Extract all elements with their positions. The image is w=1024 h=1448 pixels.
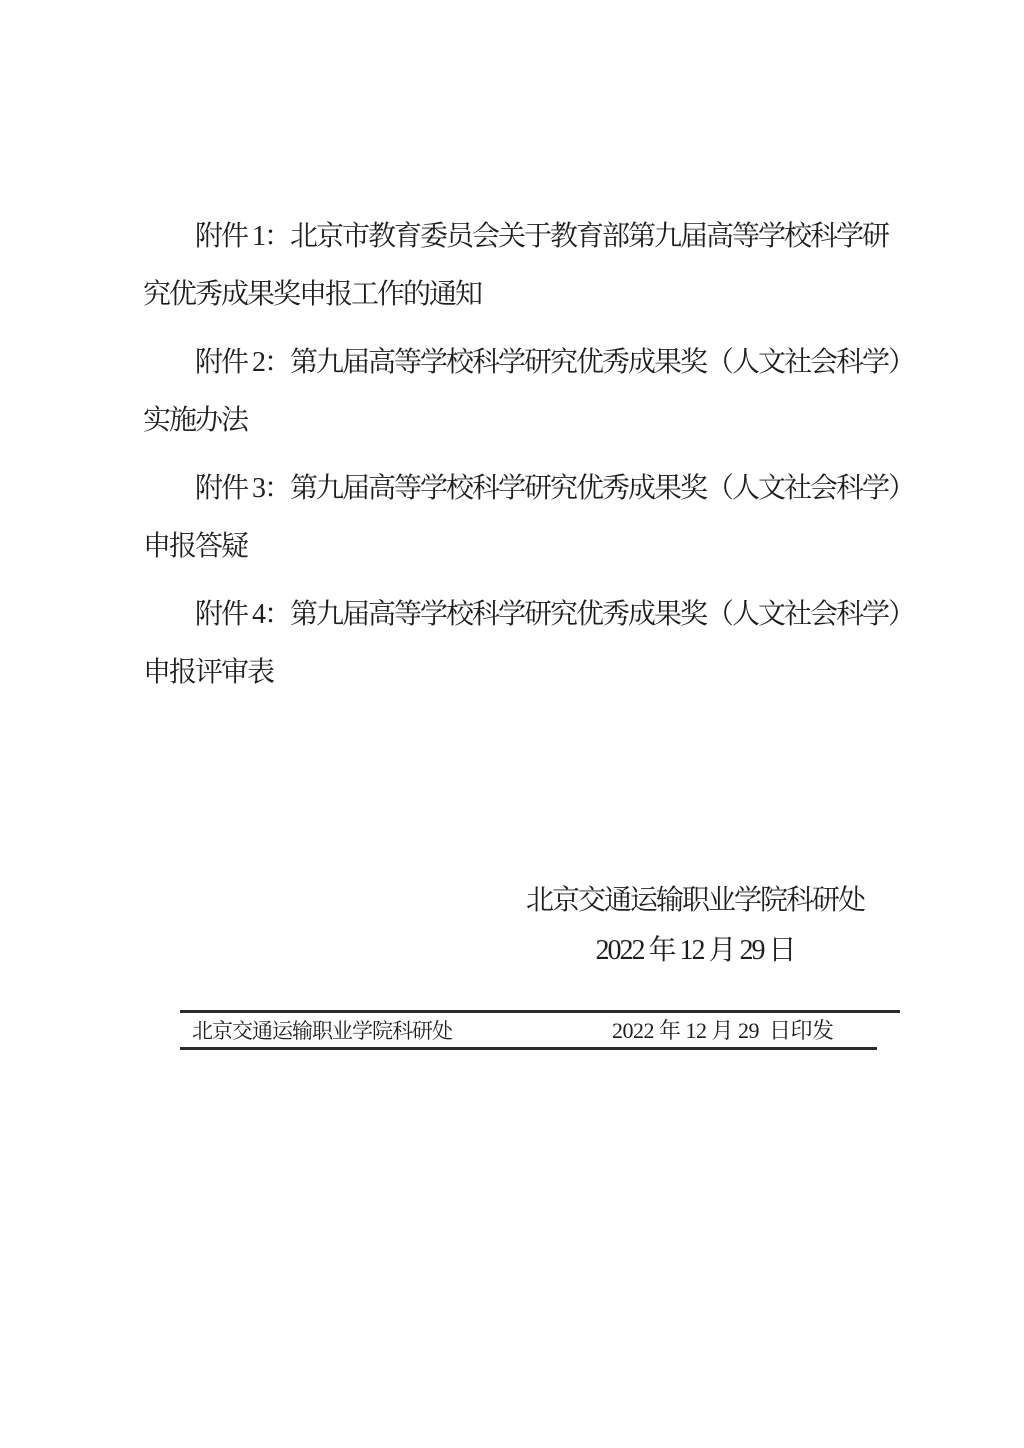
signature-block: 北京交通运输职业学院科研处 2022 年 12 月 29 日 [495, 876, 895, 976]
signature-issuer: 北京交通运输职业学院科研处 [495, 876, 895, 926]
attachment-item-3: 附件 3：第九届高等学校科学研究优秀成果奖（人文社会科学） 申报答疑 [143, 460, 933, 576]
attachment-3-line-2: 申报答疑 [143, 518, 933, 576]
document-page: 附件 1：北京市教育委员会关于教育部第九届高等学校科学研 究优秀成果奖申报工作的… [0, 0, 1024, 1448]
footer-bottom-rule [180, 1047, 877, 1050]
footer-issuer: 北京交通运输职业学院科研处 [192, 1017, 452, 1045]
attachment-item-4: 附件 4：第九届高等学校科学研究优秀成果奖（人文社会科学） 申报评审表 [143, 586, 933, 702]
signature-date: 2022 年 12 月 29 日 [495, 926, 895, 976]
attachment-2-line-1: 附件 2：第九届高等学校科学研究优秀成果奖（人文社会科学） [143, 334, 933, 392]
attachment-item-1: 附件 1：北京市教育委员会关于教育部第九届高等学校科学研 究优秀成果奖申报工作的… [143, 208, 933, 324]
attachment-list: 附件 1：北京市教育委员会关于教育部第九届高等学校科学研 究优秀成果奖申报工作的… [143, 208, 933, 712]
attachment-item-2: 附件 2：第九届高等学校科学研究优秀成果奖（人文社会科学） 实施办法 [143, 334, 933, 450]
attachment-1-line-2: 究优秀成果奖申报工作的通知 [143, 266, 933, 324]
attachment-3-line-1: 附件 3：第九届高等学校科学研究优秀成果奖（人文社会科学） [143, 460, 933, 518]
footer-top-rule [180, 1010, 900, 1013]
attachment-1-line-1: 附件 1：北京市教育委员会关于教育部第九届高等学校科学研 [143, 208, 933, 266]
attachment-2-line-2: 实施办法 [143, 392, 933, 450]
footer-print-note: 2022 年 12 月 29 日印发 [612, 1017, 834, 1045]
attachment-4-line-1: 附件 4：第九届高等学校科学研究优秀成果奖（人文社会科学） [143, 586, 933, 644]
attachment-4-line-2: 申报评审表 [143, 644, 933, 702]
